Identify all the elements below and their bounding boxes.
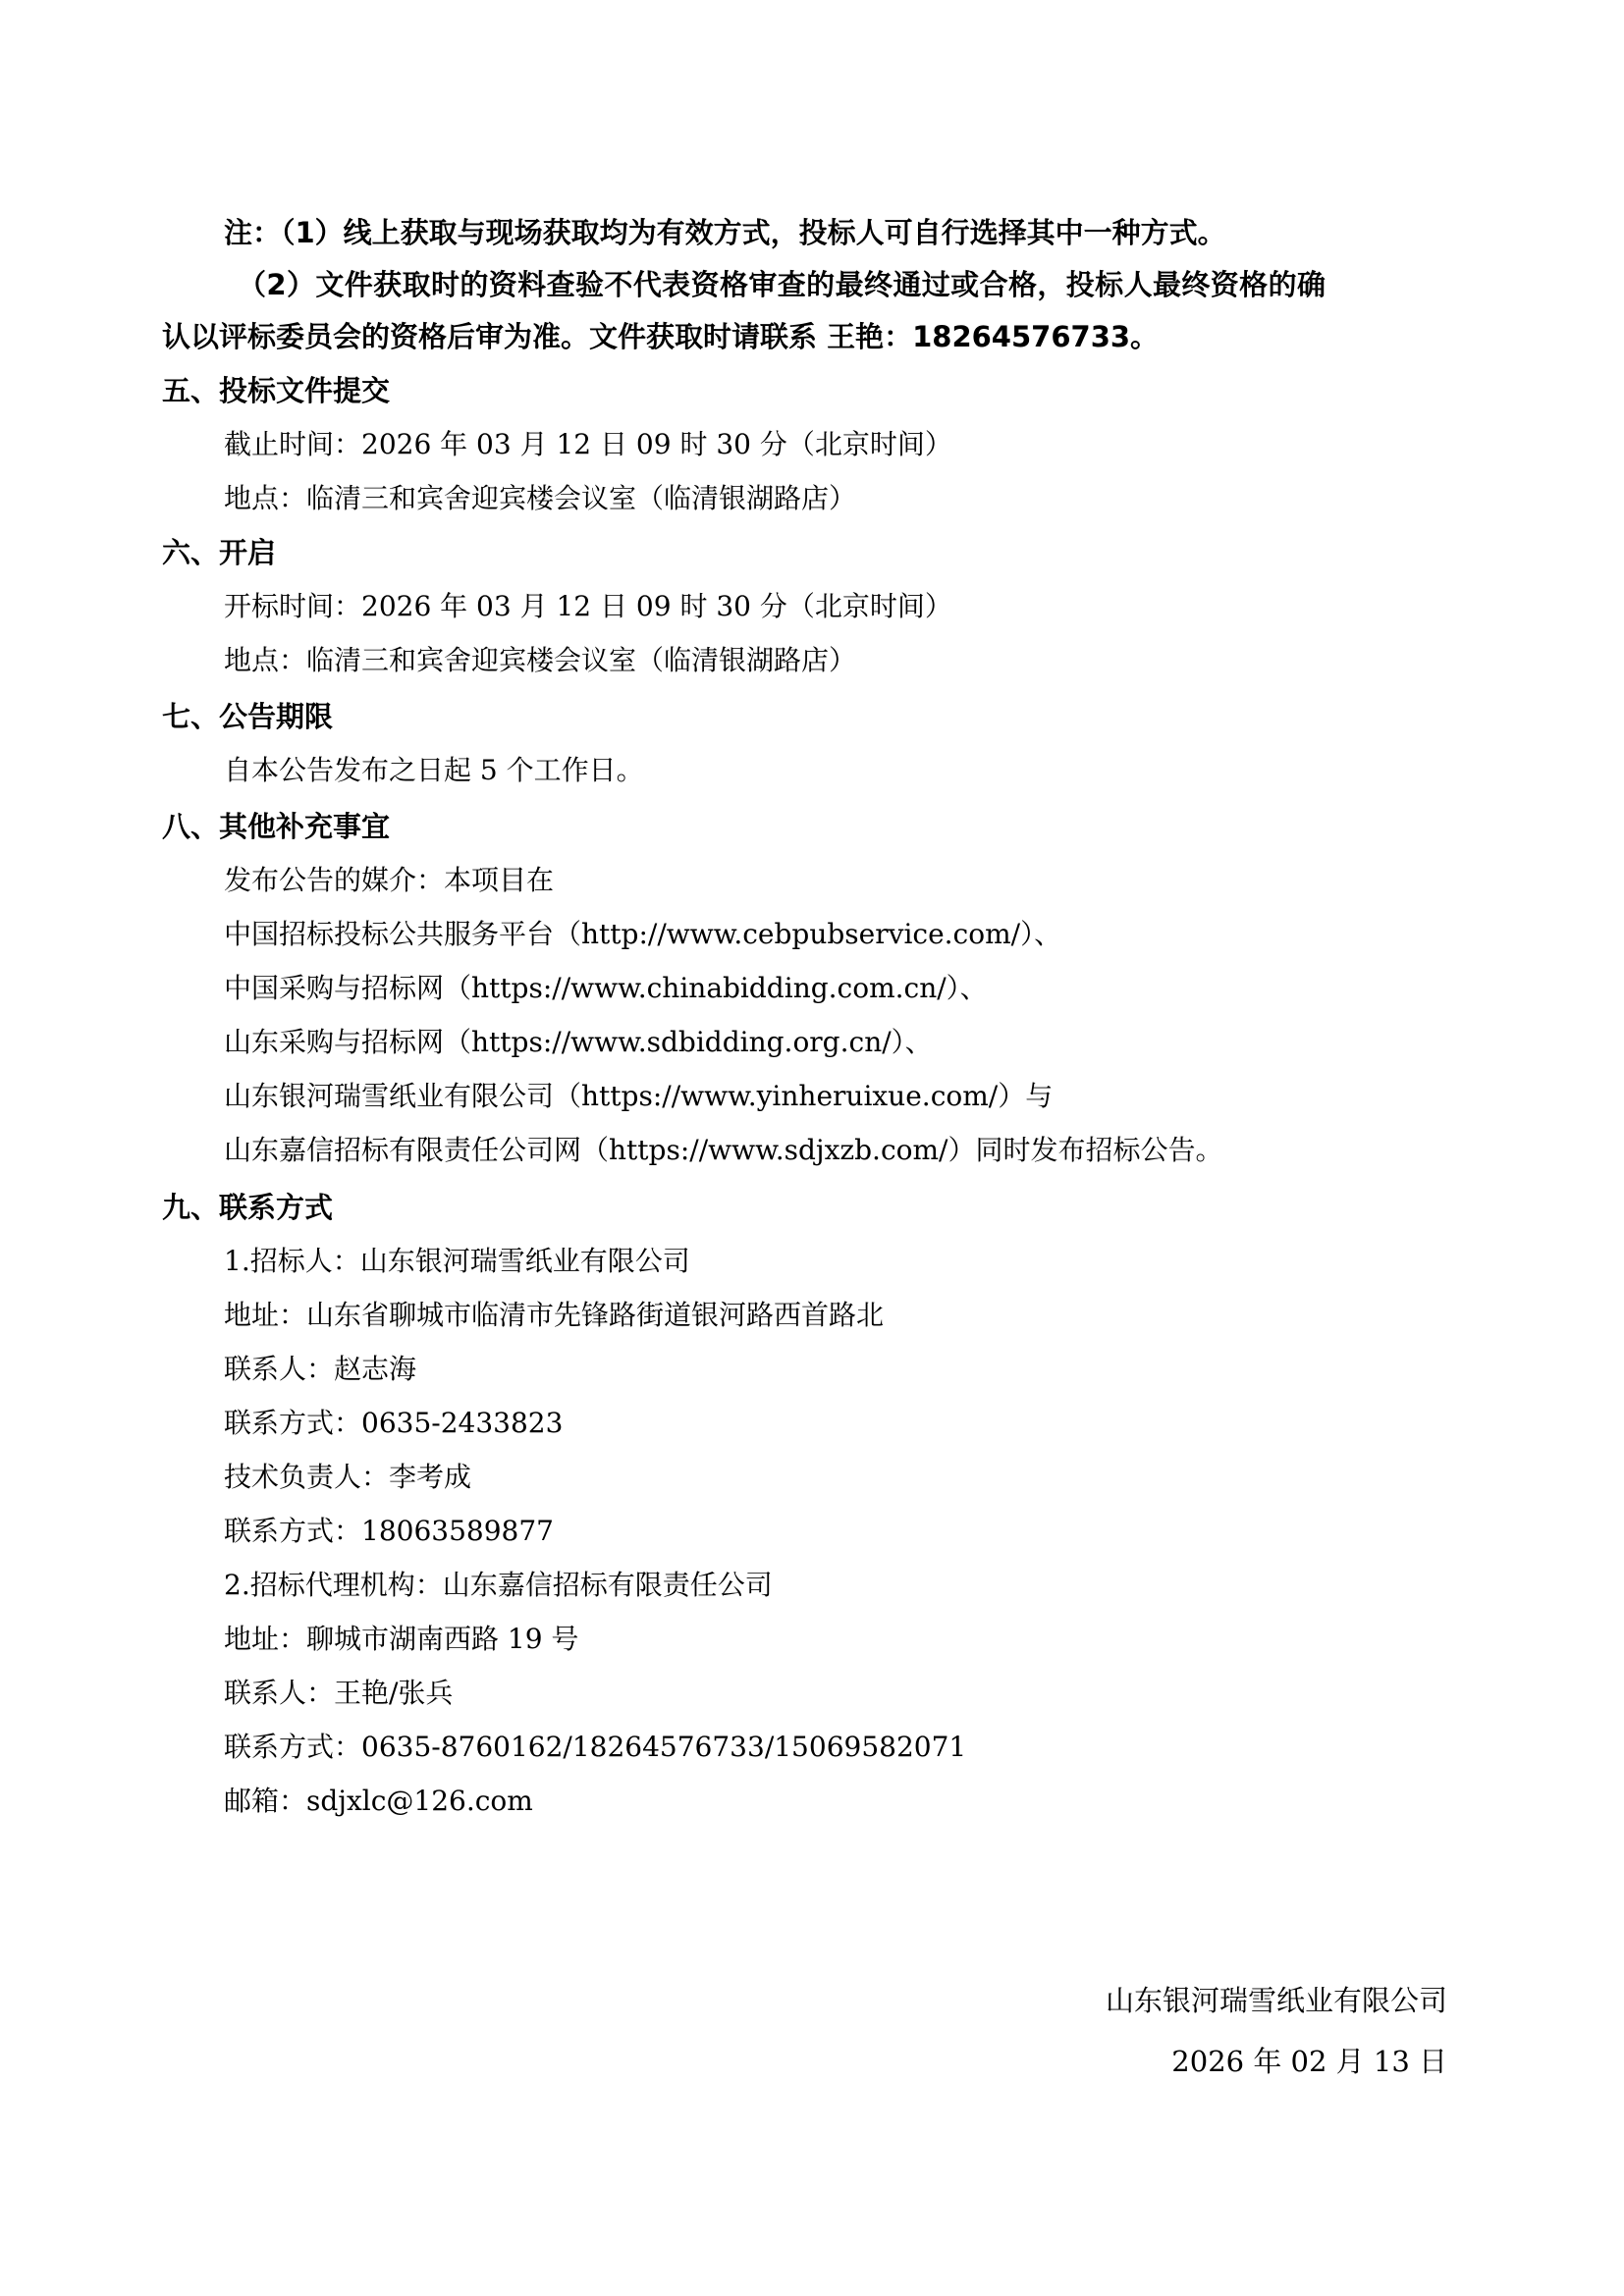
- agency-address: 地址：聊城市湖南西路 19 号: [224, 1620, 578, 1659]
- opening-time: 开标时间：2026 年 03 月 12 日 09 时 30 分（北京时间）: [224, 587, 952, 626]
- note-1: 注：（1）线上获取与现场获取均为有效方式，投标人可自行选择其中一种方式。: [224, 213, 1226, 252]
- document-page: 注：（1）线上获取与现场获取均为有效方式，投标人可自行选择其中一种方式。 （2）…: [0, 0, 1624, 2296]
- section-heading-contact: 九、联系方式: [162, 1188, 333, 1227]
- opening-location: 地点：临清三和宾舍迎宾楼会议室（临清银湖路店）: [224, 641, 856, 680]
- signature-date: 2026 年 02 月 13 日: [1171, 2042, 1447, 2081]
- tenderer-contact-person: 联系人：赵志海: [224, 1350, 416, 1389]
- note-2-line-1: （2）文件获取时的资料查验不代表资格审查的最终通过或合格，投标人最终资格的确: [238, 265, 1326, 304]
- section-heading-other-matters: 八、其他补充事宜: [162, 807, 390, 846]
- submission-deadline: 截止时间：2026 年 03 月 12 日 09 时 30 分（北京时间）: [224, 425, 952, 464]
- agency-email: 邮箱：sdjxlc@126.com: [224, 1782, 533, 1821]
- agency-phones: 联系方式：0635-8760162/18264576733/1506958207…: [224, 1728, 966, 1767]
- section-heading-notice-period: 七、公告期限: [162, 697, 333, 736]
- submission-location: 地点：临清三和宾舍迎宾楼会议室（临清银湖路店）: [224, 479, 856, 518]
- agency-contact-persons: 联系人：王艳/张兵: [224, 1674, 453, 1713]
- agency-name: 2.招标代理机构：山东嘉信招标有限责任公司: [224, 1566, 773, 1605]
- tenderer-address: 地址：山东省聊城市临清市先锋路街道银河路西首路北: [224, 1296, 884, 1335]
- technical-lead: 技术负责人：李考成: [224, 1458, 471, 1497]
- tenderer-name: 1.招标人：山东银河瑞雪纸业有限公司: [224, 1242, 690, 1281]
- tenderer-phone: 联系方式：0635-2433823: [224, 1404, 563, 1443]
- notice-period-text: 自本公告发布之日起 5 个工作日。: [224, 751, 644, 790]
- media-sdbidding: 山东采购与招标网（https://www.sdbidding.org.cn/）、: [224, 1023, 933, 1062]
- technical-lead-phone: 联系方式：18063589877: [224, 1512, 554, 1551]
- signature-company: 山东银河瑞雪纸业有限公司: [1106, 1981, 1447, 2020]
- media-yinheruixue: 山东银河瑞雪纸业有限公司（https://www.yinheruixue.com…: [224, 1077, 1053, 1116]
- note-2-line-2: 认以评标委员会的资格后审为准。文件获取时请联系 王艳：18264576733。: [162, 317, 1159, 356]
- section-heading-submission: 五、投标文件提交: [162, 371, 390, 410]
- media-sdjxzb: 山东嘉信招标有限责任公司网（https://www.sdjxzb.com/）同时…: [224, 1131, 1222, 1170]
- section-heading-opening: 六、开启: [162, 533, 276, 572]
- media-cebpubservice: 中国招标投标公共服务平台（http://www.cebpubservice.co…: [224, 915, 1061, 954]
- media-intro: 发布公告的媒介：本项目在: [224, 861, 554, 900]
- media-chinabidding: 中国采购与招标网（https://www.chinabidding.com.cn…: [224, 969, 988, 1008]
